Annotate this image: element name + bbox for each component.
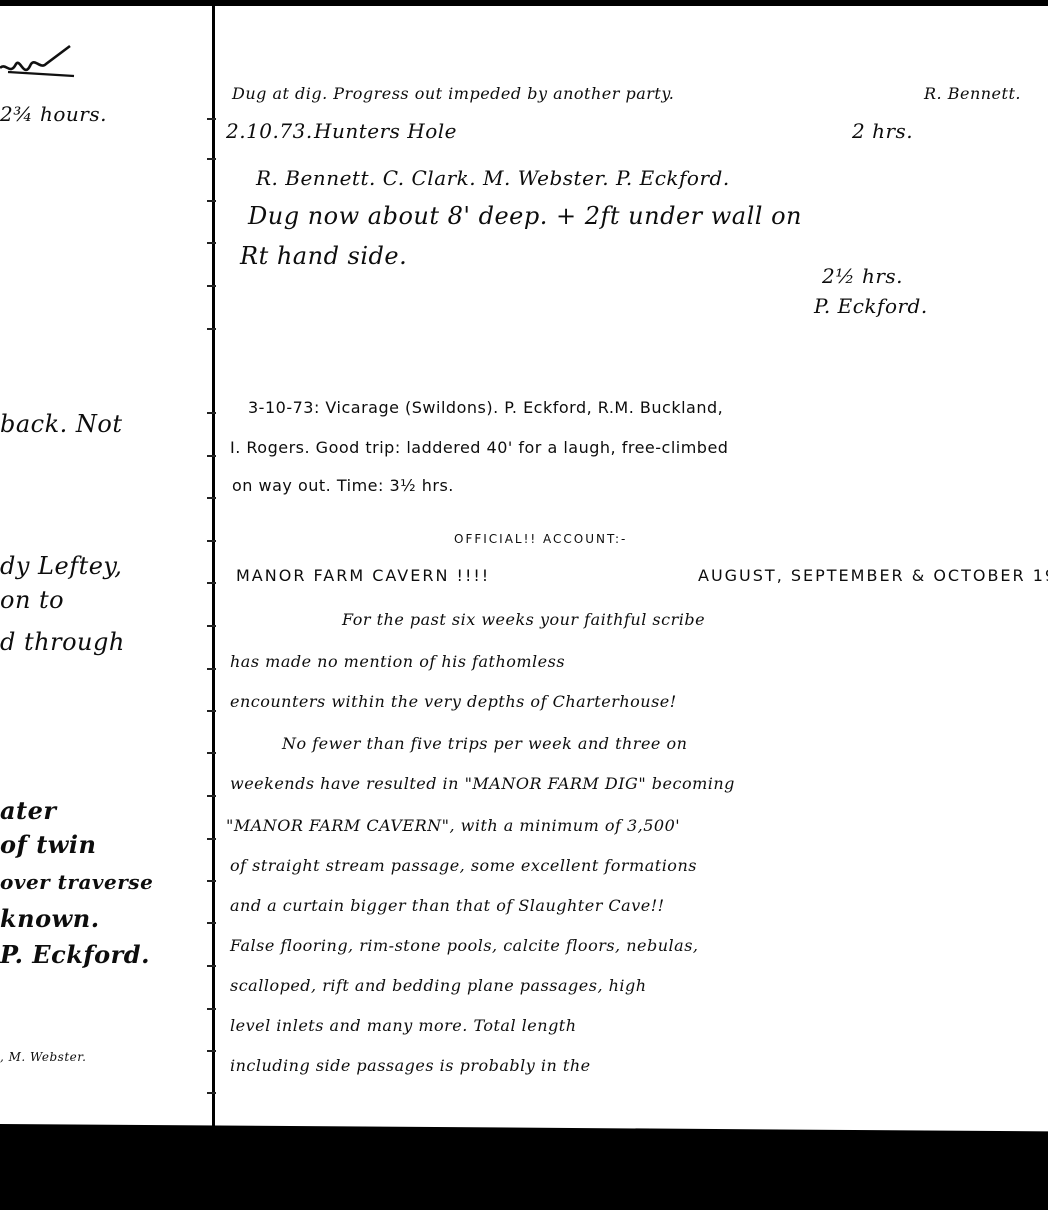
- entry-2-duration: 2 hrs.: [852, 119, 913, 143]
- left-text-line: ater: [0, 796, 57, 825]
- official-account-heading: OFFICIAL!! ACCOUNT:-: [454, 532, 627, 546]
- entry-2-party: R. Bennett. C. Clark. M. Webster. P. Eck…: [256, 166, 730, 190]
- left-signature: P. Eckford.: [0, 940, 150, 969]
- entry-3-line: on way out. Time: 3½ hrs.: [232, 476, 454, 495]
- entry-1-notes: Dug at dig. Progress out impeded by anot…: [232, 84, 674, 103]
- entry-2-cave: Hunters Hole: [314, 119, 457, 143]
- left-page: 2¾ hours. back. Not dy Leftey, on to d t…: [0, 6, 210, 1132]
- entry-1-signature: R. Bennett.: [924, 84, 1021, 103]
- book-spine: [212, 0, 215, 1132]
- account-line: level inlets and many more. Total length: [230, 1016, 577, 1035]
- account-line: has made no mention of his fathomless: [230, 652, 565, 671]
- left-text-line: d through: [0, 628, 125, 656]
- entry-2-notes: Dug now about 8' deep. + 2ft under wall …: [248, 202, 802, 230]
- official-account-title: MANOR FARM CAVERN !!!!: [236, 566, 490, 585]
- entry-3-line: 3-10-73: Vicarage (Swildons). P. Eckford…: [248, 398, 723, 417]
- account-line: encounters within the very depths of Cha…: [230, 692, 677, 711]
- account-line: including side passages is probably in t…: [230, 1056, 591, 1075]
- left-text-line: of twin: [0, 830, 97, 859]
- left-text-line: back. Not: [0, 410, 123, 438]
- entry-2-date: 2.10.73.: [226, 119, 313, 143]
- entry-2-signature: P. Eckford.: [814, 294, 928, 318]
- left-text-line: dy Leftey,: [0, 552, 122, 580]
- account-line: "MANOR FARM CAVERN", with a minimum of 3…: [226, 816, 680, 835]
- account-line: weekends have resulted in "MANOR FARM DI…: [230, 774, 735, 793]
- scan-bottom-edge: [0, 1132, 1048, 1210]
- signature-scrawl-icon: [0, 42, 80, 90]
- entry-2-notes: Rt hand side.: [240, 242, 407, 270]
- left-names: , M. Webster.: [0, 1050, 87, 1064]
- official-account-period: AUGUST, SEPTEMBER & OCTOBER 1973: [698, 566, 1048, 585]
- entry-3-line: I. Rogers. Good trip: laddered 40' for a…: [230, 438, 728, 457]
- entry-2-duration-2: 2½ hrs.: [822, 264, 903, 288]
- account-line: of straight stream passage, some excelle…: [230, 856, 697, 875]
- left-text-line: on to: [0, 586, 64, 614]
- left-duration: 2¾ hours.: [0, 102, 107, 126]
- left-text-line: over traverse: [0, 870, 153, 894]
- account-line: scalloped, rift and bedding plane passag…: [230, 976, 647, 995]
- account-line: For the past six weeks your faithful scr…: [342, 610, 705, 629]
- account-line: No fewer than five trips per week and th…: [282, 734, 687, 753]
- account-line: and a curtain bigger than that of Slaugh…: [230, 896, 665, 915]
- account-line: False flooring, rim-stone pools, calcite…: [230, 936, 699, 955]
- right-page: Dug at dig. Progress out impeded by anot…: [222, 6, 1048, 1132]
- left-text-line: known.: [0, 904, 100, 933]
